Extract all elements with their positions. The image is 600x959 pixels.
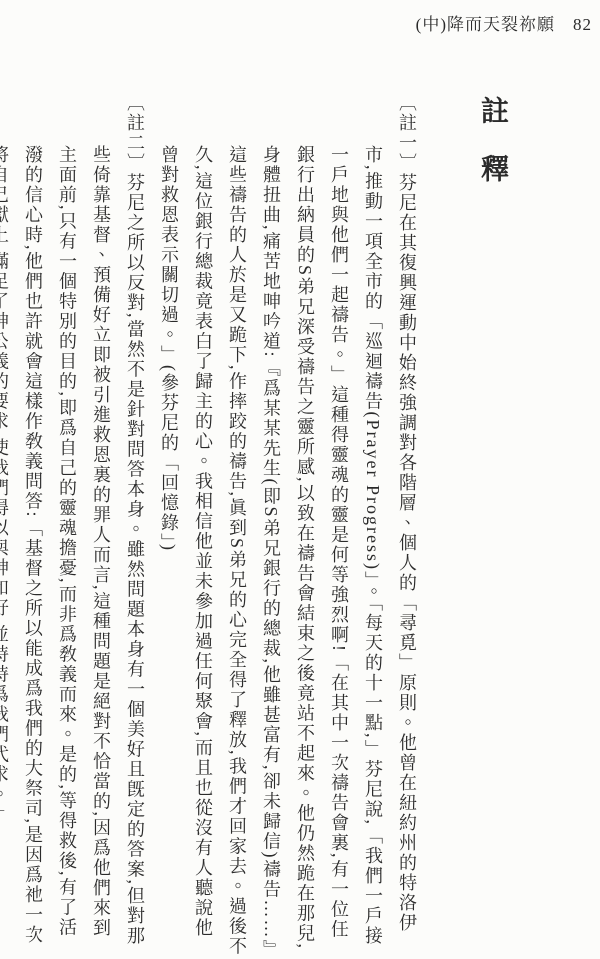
running-head: (中)降而天裂祢願 82 <box>416 10 592 35</box>
note-1: 〔註一〕芬尼在其復興運動中始終強調對各階層、個人的「尋覓」原則。他曾在紐約州的特… <box>152 93 424 957</box>
notes-section: 註釋 〔註一〕芬尼在其復興運動中始終強調對各階層、個人的「尋覓」原則。他曾在紐約… <box>0 93 560 957</box>
note-1-text: 芬尼在其復興運動中始終強調對各階層、個人的「尋覓」原則。他曾在紐約州的特洛伊市,… <box>159 145 417 957</box>
note-1-label: 〔註一〕 <box>397 93 417 173</box>
section-title: 註釋 <box>476 93 508 957</box>
book-page: (中)降而天裂祢願 82 註釋 〔註一〕芬尼在其復興運動中始終強調對各階層、個人… <box>0 0 600 959</box>
page-number: 82 <box>573 15 592 35</box>
running-head-book-title: (中)降而天裂祢願 <box>416 10 555 35</box>
note-2-label: 〔註二〕 <box>125 93 145 173</box>
note-2: 〔註二〕芬尼之所以反對,當然不是針對問答本身。雖然問題本身有一個美好且旣定的答案… <box>0 93 152 957</box>
note-2-text: 芬尼之所以反對,當然不是針對問答本身。雖然問題本身有一個美好且旣定的答案,但對那… <box>0 145 145 946</box>
